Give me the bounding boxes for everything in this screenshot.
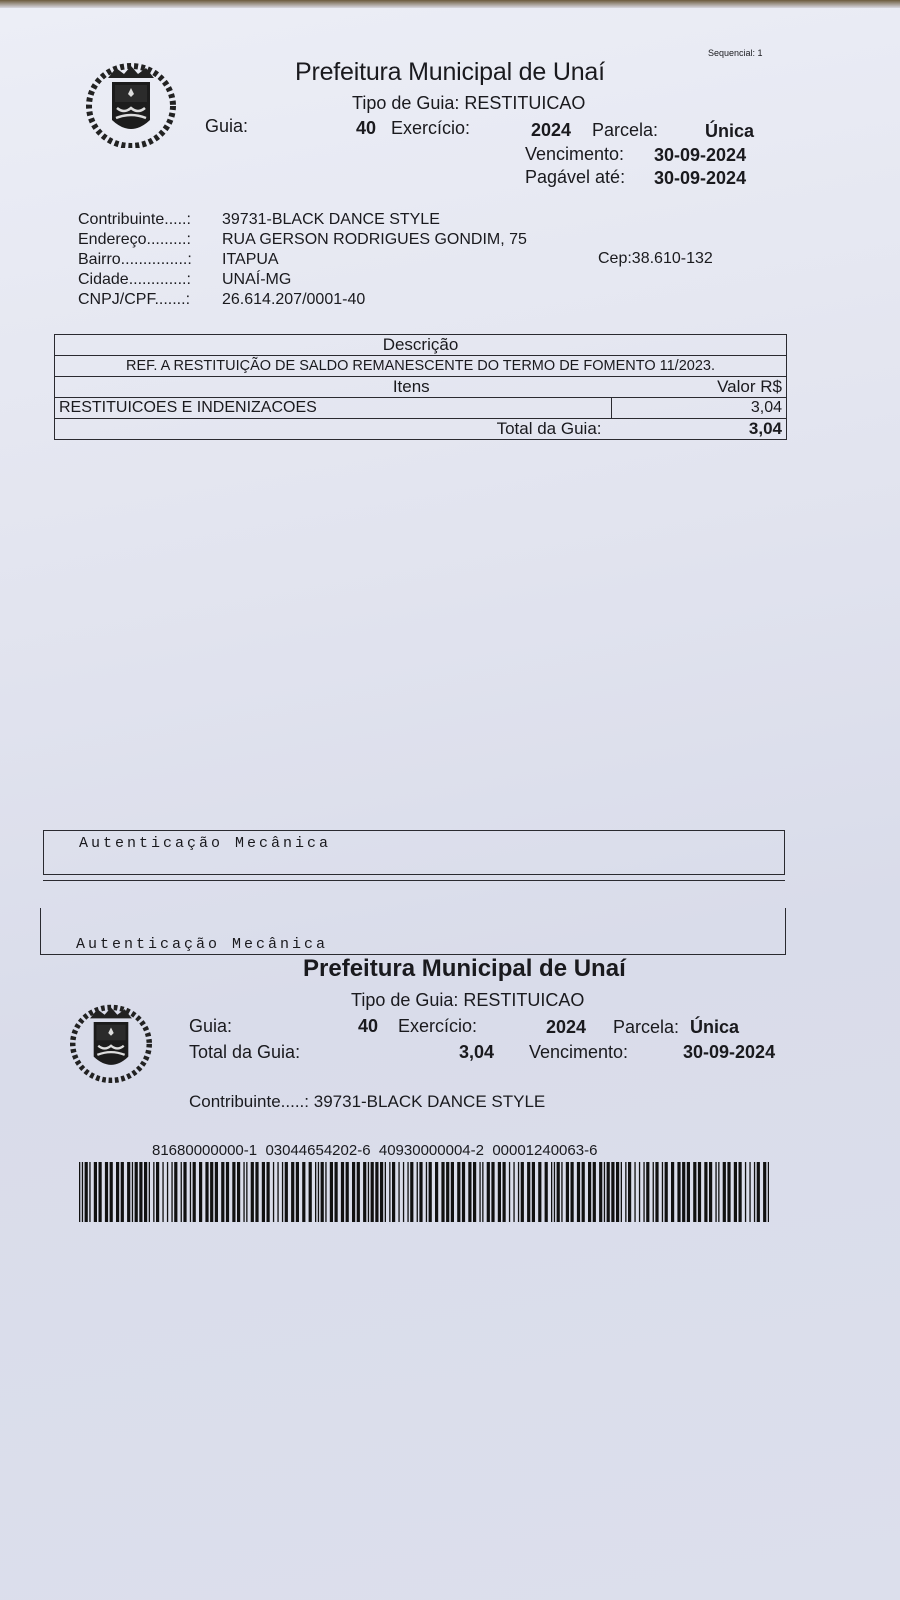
guia-label: Guia: bbox=[205, 116, 248, 137]
stub-total-label: Total da Guia: bbox=[189, 1042, 300, 1063]
exercicio-value: 2024 bbox=[531, 120, 571, 141]
municipal-crest-icon bbox=[86, 62, 176, 148]
parcela-label: Parcela: bbox=[592, 120, 658, 141]
total-label: Total da Guia: bbox=[55, 419, 612, 440]
cidade-value: UNAÍ-MG bbox=[222, 271, 291, 288]
endereco-row: Endereço.........:RUA GERSON RODRIGUES G… bbox=[78, 230, 527, 250]
municipal-crest-icon bbox=[70, 1003, 152, 1083]
total-value: 3,04 bbox=[612, 419, 787, 440]
digitable-line: 81680000000-1 03044654202-6 40930000004-… bbox=[152, 1142, 597, 1159]
stub-exercicio-value: 2024 bbox=[546, 1017, 586, 1038]
description-header: Descrição bbox=[55, 335, 787, 356]
stub-parcela-label: Parcela: bbox=[613, 1017, 679, 1038]
parcela-value: Única bbox=[705, 121, 754, 142]
stub-parcela-value: Única bbox=[690, 1017, 739, 1038]
endereco-value: RUA GERSON RODRIGUES GONDIM, 75 bbox=[222, 231, 527, 248]
stub-org-title: Prefeitura Municipal de Unaí bbox=[303, 955, 626, 983]
pagavel-label: Pagável até: bbox=[525, 167, 625, 188]
description-reference: REF. A RESTITUIÇÃO DE SALDO REMANESCENTE… bbox=[55, 356, 787, 377]
exercicio-label: Exercício: bbox=[391, 118, 470, 139]
stub-vencimento-value: 30-09-2024 bbox=[683, 1042, 775, 1063]
barcode-icon bbox=[79, 1162, 769, 1222]
taxpayer-info: Contribuinte.....:39731-BLACK DANCE STYL… bbox=[78, 210, 527, 310]
stub-exercicio-label: Exercício: bbox=[398, 1016, 477, 1037]
pagavel-value: 30-09-2024 bbox=[654, 168, 746, 189]
stub-vencimento-label: Vencimento: bbox=[529, 1042, 628, 1063]
stub-tipo-guia: Tipo de Guia: RESTITUICAO bbox=[351, 990, 584, 1011]
stub-total-value: 3,04 bbox=[459, 1042, 494, 1063]
cnpj-value: 26.614.207/0001-40 bbox=[222, 291, 365, 308]
value-header: Valor R$ bbox=[612, 377, 787, 398]
table-row: RESTITUICOES E INDENIZACOES 3,04 bbox=[55, 398, 787, 419]
photo-top-edge bbox=[0, 0, 900, 8]
description-table: Descrição REF. A RESTITUIÇÃO DE SALDO RE… bbox=[54, 334, 787, 440]
cut-line bbox=[43, 874, 785, 881]
stub-guia-value: 40 bbox=[358, 1016, 378, 1037]
cnpj-row: CNPJ/CPF.......:26.614.207/0001-40 bbox=[78, 290, 527, 310]
authentication-box-2: Autenticação Mecânica bbox=[40, 908, 786, 955]
cep-value: Cep:38.610-132 bbox=[598, 250, 713, 268]
items-header: Itens bbox=[55, 377, 612, 398]
authentication-box-1: Autenticação Mecânica bbox=[43, 830, 785, 875]
org-title: Prefeitura Municipal de Unaí bbox=[295, 58, 605, 87]
item-name: RESTITUICOES E INDENIZACOES bbox=[55, 398, 612, 419]
sequencial-label: Sequencial: 1 bbox=[708, 48, 763, 58]
authentication-label: Autenticação Mecânica bbox=[79, 835, 331, 852]
contribuinte-row: Contribuinte.....:39731-BLACK DANCE STYL… bbox=[78, 210, 527, 230]
vencimento-value: 30-09-2024 bbox=[654, 145, 746, 166]
guia-value: 40 bbox=[356, 118, 376, 139]
stub-contribuinte-value: 39731-BLACK DANCE STYLE bbox=[314, 1092, 546, 1111]
bairro-value: ITAPUA bbox=[222, 251, 279, 268]
stub-contribuinte: Contribuinte.....: 39731-BLACK DANCE STY… bbox=[189, 1092, 545, 1112]
bairro-row: Bairro...............:ITAPUA bbox=[78, 250, 527, 270]
stub-guia-label: Guia: bbox=[189, 1016, 232, 1037]
authentication-label: Autenticação Mecânica bbox=[76, 936, 328, 953]
vencimento-label: Vencimento: bbox=[525, 144, 624, 165]
contribuinte-value: 39731-BLACK DANCE STYLE bbox=[222, 211, 440, 228]
tipo-guia: Tipo de Guia: RESTITUICAO bbox=[352, 93, 585, 114]
cidade-row: Cidade.............:UNAÍ-MG bbox=[78, 270, 527, 290]
item-value: 3,04 bbox=[612, 398, 787, 419]
